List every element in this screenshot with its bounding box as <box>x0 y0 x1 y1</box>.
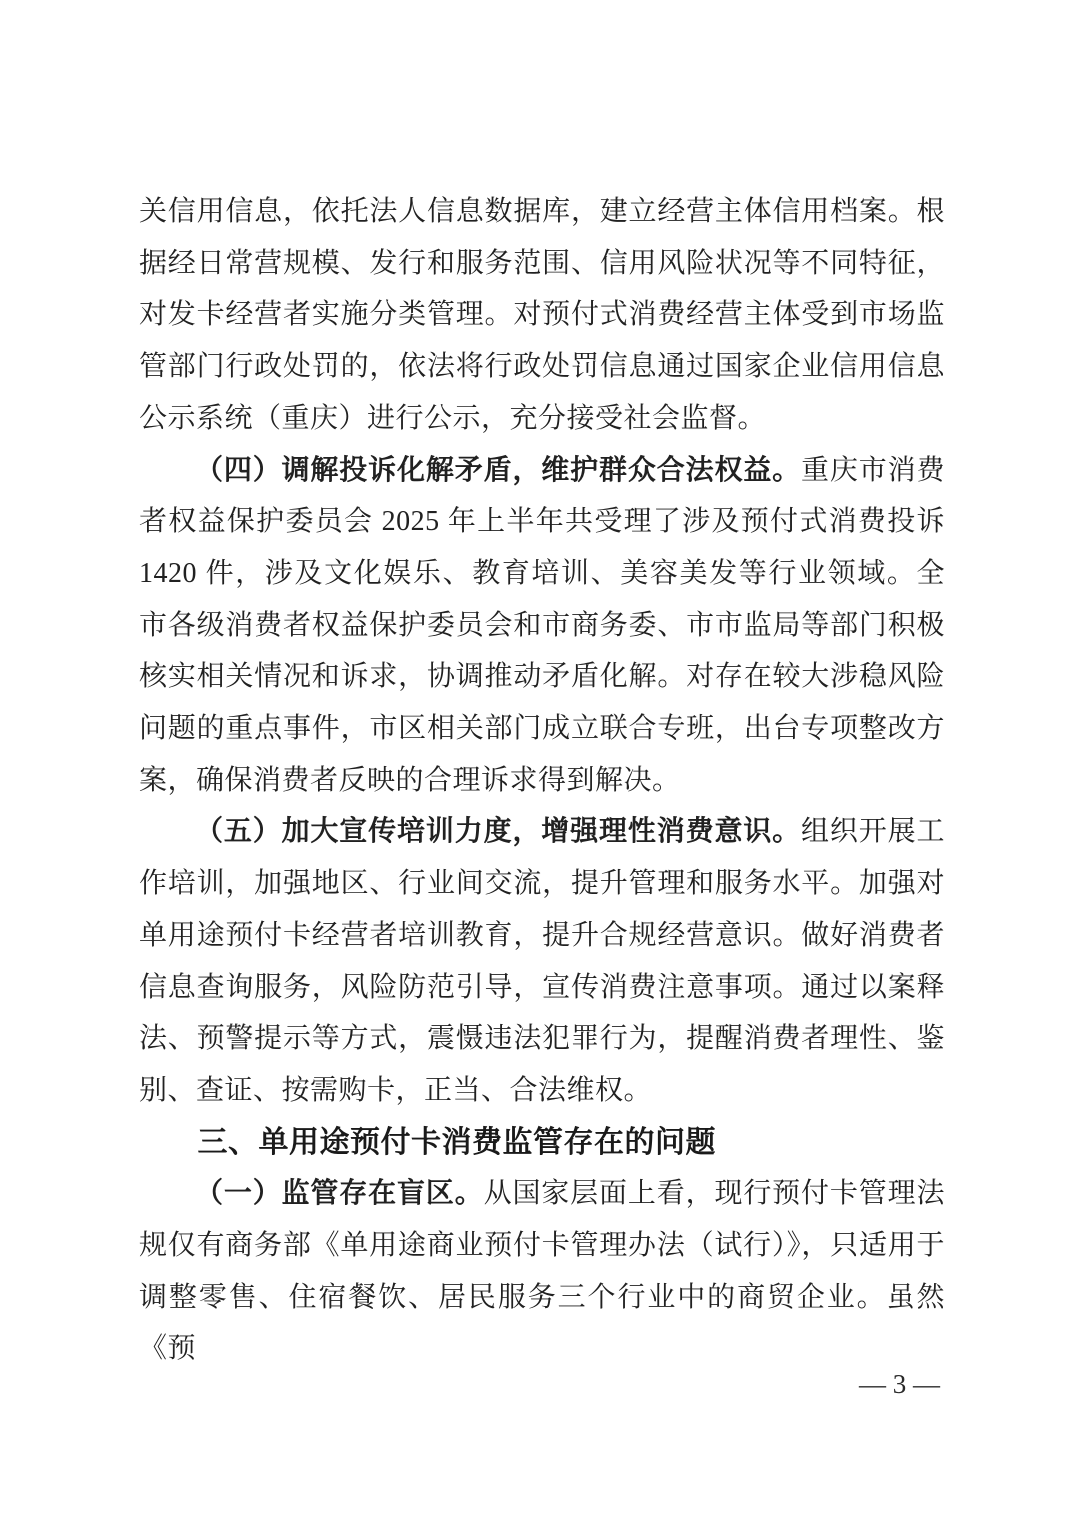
document-page: 关信用信息，依托法人信息数据库，建立经营主体信用档案。根据经日常营规模、发行和服… <box>0 0 1074 1520</box>
paragraph-lead: （一）监管存在盲区。 <box>195 1178 484 1209</box>
body-paragraph-item-1: （一）监管存在盲区。从国家层面上看，现行预付卡管理法规仅有商务部《单用途商业预付… <box>139 1168 945 1375</box>
paragraph-text: 关信用信息，依托法人信息数据库，建立经营主体信用档案。根据经日常营规模、发行和服… <box>139 196 945 434</box>
body-paragraph-continuation: 关信用信息，依托法人信息数据库，建立经营主体信用档案。根据经日常营规模、发行和服… <box>139 186 945 445</box>
paragraph-lead: （五）加大宣传培训力度，增强理性消费意识。 <box>195 816 801 847</box>
body-paragraph-item-4: （四）调解投诉化解矛盾，维护群众合法权益。重庆市消费者权益保护委员会 2025 … <box>139 445 945 807</box>
paragraph-text: 组织开展工作培训，加强地区、行业间交流，提升管理和服务水平。加强对单用途预付卡经… <box>139 816 945 1106</box>
paragraph-lead: （四）调解投诉化解矛盾，维护群众合法权益。 <box>195 455 801 486</box>
section-heading: 三、单用途预付卡消费监管存在的问题 <box>139 1117 945 1169</box>
page-number: — 3 — <box>859 1369 940 1399</box>
document-body: 关信用信息，依托法人信息数据库，建立经营主体信用档案。根据经日常营规模、发行和服… <box>139 186 945 1375</box>
body-paragraph-item-5: （五）加大宣传培训力度，增强理性消费意识。组织开展工作培训，加强地区、行业间交流… <box>139 806 945 1116</box>
paragraph-text: 重庆市消费者权益保护委员会 2025 年上半年共受理了涉及预付式消费投诉 142… <box>139 455 945 796</box>
page-footer: — 3 — <box>859 1366 940 1402</box>
